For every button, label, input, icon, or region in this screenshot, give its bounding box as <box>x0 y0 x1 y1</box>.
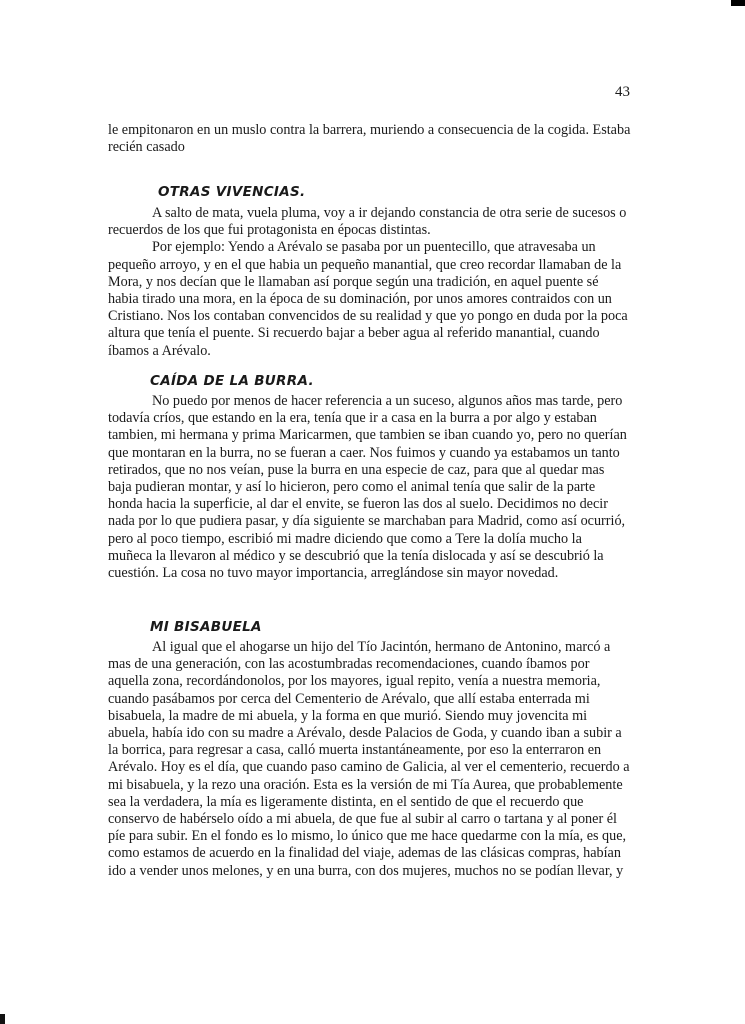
text-line: bisabuela, la madre de mi abuela, y la f… <box>108 708 638 725</box>
text-line: ido a vender unos melones, y en una burr… <box>108 863 638 880</box>
text-line: que montaran en la burra, no se fueran a… <box>108 445 638 462</box>
text-line: No puedo por menos de hacer referencia a… <box>108 393 638 410</box>
text-line: A salto de mata, vuela pluma, voy a ir d… <box>108 205 638 222</box>
text-line: cuestión. La cosa no tuvo mayor importan… <box>108 565 638 582</box>
section-body-otras-vivencias: A salto de mata, vuela pluma, voy a ir d… <box>108 205 638 360</box>
text-line: todavía críos, que estando en la era, te… <box>108 410 638 427</box>
text-line: aquella zona, recordándonolos, por los m… <box>108 673 638 690</box>
text-line: retirados, que no nos veían, puse la bur… <box>108 462 638 479</box>
text-line: la borrica, para regresar a casa, calló … <box>108 742 638 759</box>
text-line: le empitonaron en un muslo contra la bar… <box>108 122 638 139</box>
section-heading-otras-vivencias: OTRAS VIVENCIAS. <box>158 184 305 200</box>
text-line: como estamos de acuerdo en la finalidad … <box>108 845 638 862</box>
intro-paragraph: le empitonaron en un muslo contra la bar… <box>108 122 638 156</box>
text-line: píe para subir. En el fondo es lo mismo,… <box>108 828 638 845</box>
text-line: cuando pasábamos por cerca del Cementeri… <box>108 691 638 708</box>
text-line: nada por lo que pudiera pasar, y día sig… <box>108 513 638 530</box>
text-line: Al igual que el ahogarse un hijo del Tío… <box>108 639 638 656</box>
page-number: 43 <box>615 84 630 101</box>
section-heading-caida-de-la-burra: CAÍDA DE LA BURRA. <box>150 373 314 389</box>
text-line: honda hacia la superficie, al dar el env… <box>108 496 638 513</box>
text-line: recién casado <box>108 139 638 156</box>
text-line: sea la verdadera, la mía es ligeramente … <box>108 794 638 811</box>
scan-edge-mark <box>0 1014 5 1024</box>
text-line: baja pudieran montar, y así lo hicieron,… <box>108 479 638 496</box>
section-heading-mi-bisabuela: MI BISABUELA <box>150 619 262 635</box>
section-body-mi-bisabuela: Al igual que el ahogarse un hijo del Tío… <box>108 639 638 880</box>
text-line: pequeño arroyo, y en el que habia un peq… <box>108 257 638 274</box>
text-line: abuela, había ido con su madre a Arévalo… <box>108 725 638 742</box>
text-line: muñeca la llevaron al médico y se descub… <box>108 548 638 565</box>
text-line: mi bisabuela, y la rezo una oración. Est… <box>108 777 638 794</box>
scan-edge-mark <box>731 0 745 6</box>
text-line: mas de una generación, con las acostumbr… <box>108 656 638 673</box>
text-line: conservo de habérselo oído a mi abuela, … <box>108 811 638 828</box>
text-line: Por ejemplo: Yendo a Arévalo se pasaba p… <box>108 239 638 256</box>
text-line: Arévalo. Hoy es el día, que cuando paso … <box>108 759 638 776</box>
text-line: tambien, mi hermana y prima Maricarmen, … <box>108 427 638 444</box>
text-line: recuerdos de los que fui protagonista en… <box>108 222 638 239</box>
text-line: habia tirado una mora, en la época de su… <box>108 291 638 308</box>
text-line: altura que tenía el puente. Si recuerdo … <box>108 325 638 342</box>
text-line: pero al poco tiempo, escribió mi madre d… <box>108 531 638 548</box>
section-body-caida-de-la-burra: No puedo por menos de hacer referencia a… <box>108 393 638 582</box>
text-line: Cristiano. Nos los contaban convencidos … <box>108 308 638 325</box>
text-line: íbamos a Arévalo. <box>108 343 638 360</box>
text-line: Mora, y nos decían que le llamaban así p… <box>108 274 638 291</box>
